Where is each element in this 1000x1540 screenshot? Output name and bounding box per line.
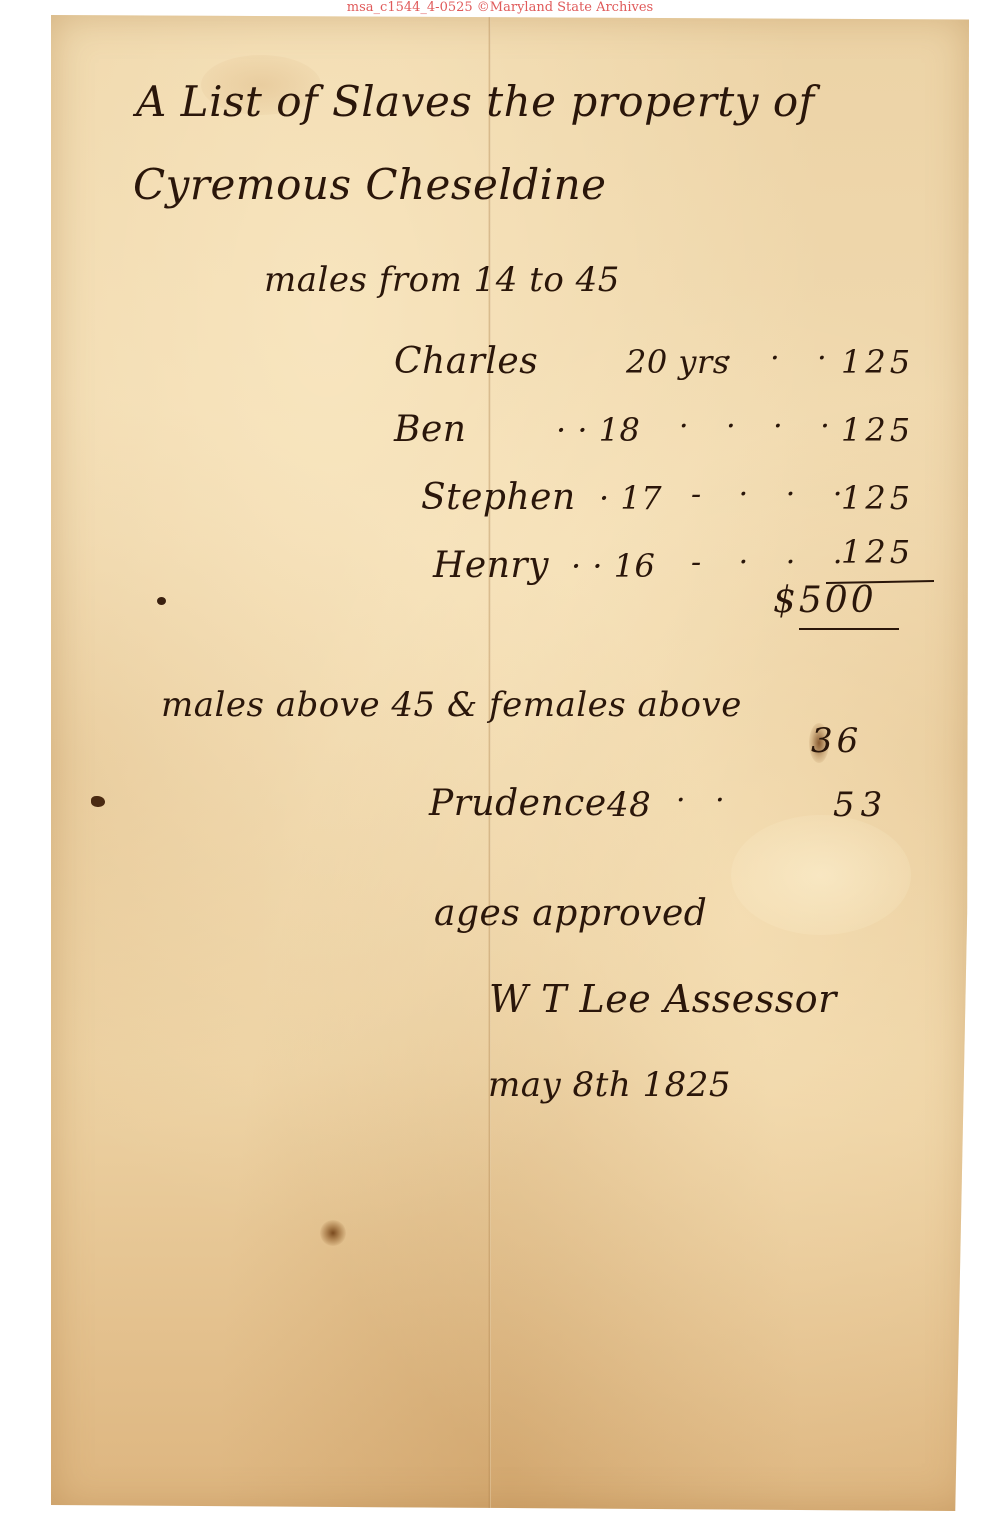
archive-watermark: msa_c1544_4-0525 ©Maryland State Archive… [0,0,1000,16]
foxing-spot [320,1220,346,1246]
ink-dot [157,597,166,605]
entry-name: Ben [394,409,466,450]
list-row: Charles 20 yrs · · · 125 [51,335,969,385]
paper-mottle [731,815,911,935]
entry-age: 48 [607,785,651,825]
owner-name: Cyremous Cheseldine [133,160,606,209]
entry-name: Charles [394,341,538,382]
entry-age: 20 yrs [626,343,730,381]
entry-value: 125 [841,343,914,381]
total-value: $500 [773,580,877,621]
entry-value: 53 [833,785,888,825]
entry-age: · 17 [599,479,662,517]
document-date: may 8th 1825 [488,1065,731,1105]
approval-note: ages approved [434,893,707,934]
entry-name: Prudence [429,783,607,824]
entry-leader: · · · [723,341,841,376]
list-row: Stephen · 17 - · · · 125 [51,473,969,523]
entry-leader: - · · · [691,477,856,512]
sum-underline [799,628,899,630]
assessor-signature: W T Lee Assessor [489,977,837,1021]
document-title: A List of Slaves the property of [136,77,815,126]
list-row: Ben · · 18 · · · · 125 [51,405,969,455]
section-heading: males above 45 & females above [161,685,742,725]
entry-value: 125 [841,479,914,517]
entry-age: · · 16 [571,547,655,585]
entry-name: Henry [433,545,549,586]
fold-crease [488,15,491,1511]
ink-blot [91,796,105,807]
manuscript-page: A List of Slaves the property of Cyremou… [51,15,969,1511]
entry-value: 125 [841,533,914,571]
section-heading-value: 36 [811,721,862,761]
entry-leader: - · · · [691,545,856,580]
entry-leader: · · · · [679,409,844,444]
section-heading: males from 14 to 45 [264,260,620,300]
entry-name: Stephen [421,477,576,518]
entry-value: 125 [841,411,914,449]
entry-age: · · 18 [556,411,640,449]
entry-leader: · · [676,783,735,818]
